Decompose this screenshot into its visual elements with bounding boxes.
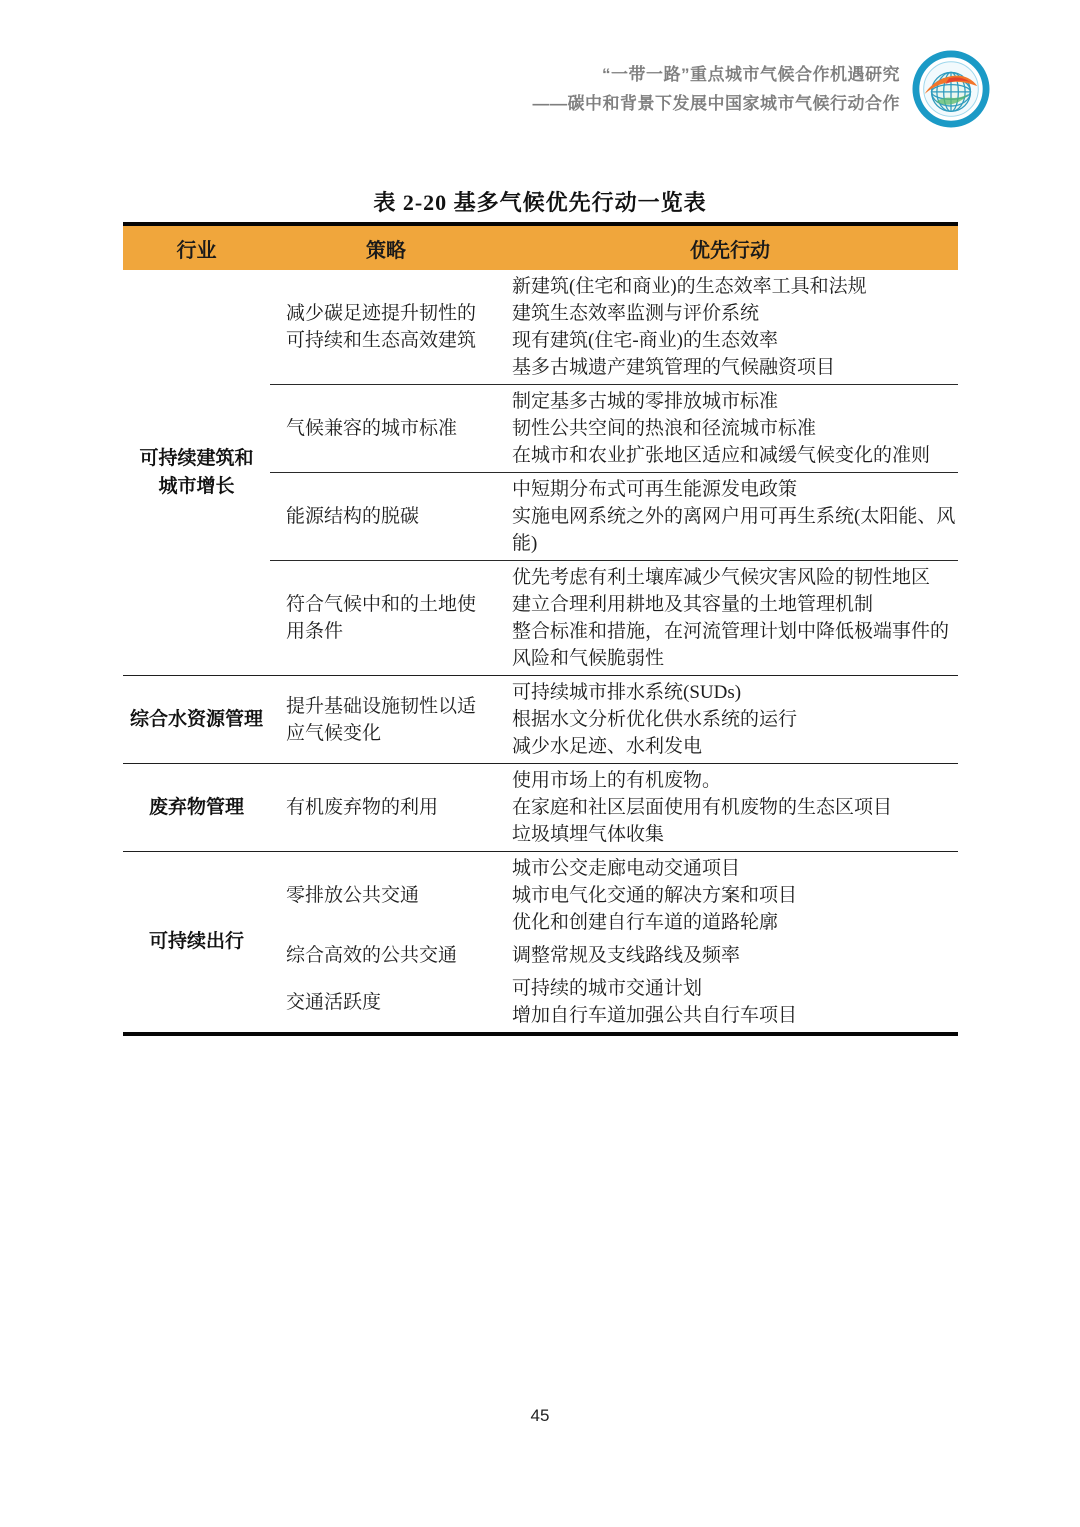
strategy-cell: 交通活跃度	[270, 975, 502, 1029]
table-section-mobility: 可持续出行 零排放公共交通 城市公交走廊电动交通项目 城市电气化交通的解决方案和…	[123, 851, 958, 1032]
action-item: 垃圾填埋气体收集	[512, 821, 956, 848]
actions-cell: 调整常规及支线路线及频率	[502, 942, 958, 969]
strategy-line: 气候兼容的城市标准	[286, 415, 496, 442]
action-item: 现有建筑(住宅-商业)的生态效率	[512, 327, 956, 354]
sector-cell: 可持续出行	[123, 852, 270, 1032]
table-row: 符合气候中和的土地使 用条件 优先考虑有利土壤库减少气候灾害风险的韧性地区 建立…	[270, 561, 958, 675]
strategy-line: 符合气候中和的土地使	[286, 591, 496, 618]
strategy-cell: 气候兼容的城市标准	[270, 388, 502, 469]
action-item: 实施电网系统之外的离网户用可再生系统(太阳能、风能)	[512, 503, 956, 557]
strategy-cell: 能源结构的脱碳	[270, 476, 502, 557]
strategy-cell: 减少碳足迹提升韧性的 可持续和生态高效建筑	[270, 273, 502, 381]
strategy-line: 能源结构的脱碳	[286, 503, 496, 530]
strategy-cell: 有机废弃物的利用	[270, 767, 502, 848]
actions-cell: 可持续的城市交通计划 增加自行车道加强公共自行车项目	[502, 975, 958, 1029]
table-section-waste: 废弃物管理 有机废弃物的利用 使用市场上的有机废物。 在家庭和社区层面使用有机废…	[123, 763, 958, 851]
action-item: 优化和创建自行车道的道路轮廓	[512, 909, 956, 936]
action-item: 可持续的城市交通计划	[512, 975, 956, 1002]
report-header-line-1: “一带一路”重点城市气候合作机遇研究	[533, 60, 901, 89]
strategy-line: 综合高效的公共交通	[286, 942, 496, 969]
strategy-cell: 综合高效的公共交通	[270, 942, 502, 969]
rows-group: 零排放公共交通 城市公交走廊电动交通项目 城市电气化交通的解决方案和项目 优化和…	[270, 852, 958, 1032]
action-item: 中短期分布式可再生能源发电政策	[512, 476, 956, 503]
sector-cell: 综合水资源管理	[123, 676, 270, 763]
strategy-cell: 零排放公共交通	[270, 855, 502, 936]
sector-cell: 废弃物管理	[123, 764, 270, 851]
action-item: 制定基多古城的零排放城市标准	[512, 388, 956, 415]
col-header-action: 优先行动	[502, 234, 958, 263]
col-header-sector: 行业	[123, 234, 270, 263]
table-section-buildings: 可持续建筑和 城市增长 减少碳足迹提升韧性的 可持续和生态高效建筑 新建筑(住宅…	[123, 270, 958, 675]
table-section-water: 综合水资源管理 提升基础设施韧性以适 应气候变化 可持续城市排水系统(SUDs)…	[123, 675, 958, 763]
strategy-line: 用条件	[286, 618, 496, 645]
rows-group: 有机废弃物的利用 使用市场上的有机废物。 在家庭和社区层面使用有机废物的生态区项…	[270, 764, 958, 851]
table-row: 零排放公共交通 城市公交走廊电动交通项目 城市电气化交通的解决方案和项目 优化和…	[270, 852, 958, 939]
strategy-line: 可持续和生态高效建筑	[286, 327, 496, 354]
action-item: 建立合理利用耕地及其容量的土地管理机制	[512, 591, 956, 618]
report-header-text: “一带一路”重点城市气候合作机遇研究 ——碳中和背景下发展中国家城市气候行动合作	[533, 60, 901, 118]
actions-cell: 使用市场上的有机废物。 在家庭和社区层面使用有机废物的生态区项目 垃圾填埋气体收…	[502, 767, 958, 848]
sector-label-line: 可持续建筑和	[139, 445, 253, 473]
strategy-cell: 提升基础设施韧性以适 应气候变化	[270, 679, 502, 760]
table-row: 气候兼容的城市标准 制定基多古城的零排放城市标准 韧性公共空间的热浪和径流城市标…	[270, 385, 958, 473]
table-row: 综合高效的公共交通 调整常规及支线路线及频率	[270, 939, 958, 972]
rows-group: 减少碳足迹提升韧性的 可持续和生态高效建筑 新建筑(住宅和商业)的生态效率工具和…	[270, 270, 958, 675]
action-item: 增加自行车道加强公共自行车项目	[512, 1002, 956, 1029]
strategy-line: 提升基础设施韧性以适	[286, 693, 496, 720]
action-item: 调整常规及支线路线及频率	[512, 942, 956, 969]
actions-cell: 可持续城市排水系统(SUDs) 根据水文分析优化供水系统的运行 减少水足迹、水利…	[502, 679, 958, 760]
sector-cell: 可持续建筑和 城市增长	[123, 270, 270, 675]
action-item: 优先考虑有利土壤库减少气候灾害风险的韧性地区	[512, 564, 956, 591]
table-row: 能源结构的脱碳 中短期分布式可再生能源发电政策 实施电网系统之外的离网户用可再生…	[270, 473, 958, 561]
globe-ribbon-logo-icon	[912, 48, 990, 130]
action-item: 城市电气化交通的解决方案和项目	[512, 882, 956, 909]
table-row: 交通活跃度 可持续的城市交通计划 增加自行车道加强公共自行车项目	[270, 972, 958, 1032]
actions-cell: 城市公交走廊电动交通项目 城市电气化交通的解决方案和项目 优化和创建自行车道的道…	[502, 855, 958, 936]
table-header-row: 行业 策略 优先行动	[123, 226, 958, 270]
action-item: 新建筑(住宅和商业)的生态效率工具和法规	[512, 273, 956, 300]
strategy-line: 交通活跃度	[286, 989, 496, 1016]
priority-actions-table: 行业 策略 优先行动 可持续建筑和 城市增长 减少碳足迹提升韧性的 可持续和生态…	[123, 222, 958, 1036]
table-row: 有机废弃物的利用 使用市场上的有机废物。 在家庭和社区层面使用有机废物的生态区项…	[270, 764, 958, 851]
action-item: 整合标准和措施，在河流管理计划中降低极端事件的风险和气候脆弱性	[512, 618, 956, 672]
action-item: 可持续城市排水系统(SUDs)	[512, 679, 956, 706]
strategy-line: 减少碳足迹提升韧性的	[286, 300, 496, 327]
rows-group: 提升基础设施韧性以适 应气候变化 可持续城市排水系统(SUDs) 根据水文分析优…	[270, 676, 958, 763]
strategy-cell: 符合气候中和的土地使 用条件	[270, 564, 502, 672]
sector-label-line: 综合水资源管理	[130, 706, 263, 734]
action-item: 城市公交走廊电动交通项目	[512, 855, 956, 882]
sector-label-line: 城市增长	[158, 473, 234, 501]
strategy-line: 零排放公共交通	[286, 882, 496, 909]
action-item: 根据水文分析优化供水系统的运行	[512, 706, 956, 733]
action-item: 在城市和农业扩张地区适应和减缓气候变化的准则	[512, 442, 956, 469]
table-title: 表 2-20 基多气候优先行动一览表	[0, 186, 1080, 217]
actions-cell: 中短期分布式可再生能源发电政策 实施电网系统之外的离网户用可再生系统(太阳能、风…	[502, 476, 958, 557]
actions-cell: 新建筑(住宅和商业)的生态效率工具和法规 建筑生态效率监测与评价系统 现有建筑(…	[502, 273, 958, 381]
report-header: “一带一路”重点城市气候合作机遇研究 ——碳中和背景下发展中国家城市气候行动合作	[533, 48, 991, 130]
table-row: 减少碳足迹提升韧性的 可持续和生态高效建筑 新建筑(住宅和商业)的生态效率工具和…	[270, 270, 958, 385]
action-item: 减少水足迹、水利发电	[512, 733, 956, 760]
strategy-line: 应气候变化	[286, 720, 496, 747]
action-item: 韧性公共空间的热浪和径流城市标准	[512, 415, 956, 442]
actions-cell: 制定基多古城的零排放城市标准 韧性公共空间的热浪和径流城市标准 在城市和农业扩张…	[502, 388, 958, 469]
action-item: 基多古城遗产建筑管理的气候融资项目	[512, 354, 956, 381]
col-header-strategy: 策略	[270, 234, 502, 263]
document-page: “一带一路”重点城市气候合作机遇研究 ——碳中和背景下发展中国家城市气候行动合作…	[0, 0, 1080, 1527]
actions-cell: 优先考虑有利土壤库减少气候灾害风险的韧性地区 建立合理利用耕地及其容量的土地管理…	[502, 564, 958, 672]
page-number: 45	[0, 1406, 1080, 1426]
report-header-line-2: ——碳中和背景下发展中国家城市气候行动合作	[533, 89, 901, 118]
action-item: 在家庭和社区层面使用有机废物的生态区项目	[512, 794, 956, 821]
table-row: 提升基础设施韧性以适 应气候变化 可持续城市排水系统(SUDs) 根据水文分析优…	[270, 676, 958, 763]
sector-label-line: 可持续出行	[149, 928, 244, 956]
sector-label-line: 废弃物管理	[149, 794, 244, 822]
strategy-line: 有机废弃物的利用	[286, 794, 496, 821]
action-item: 建筑生态效率监测与评价系统	[512, 300, 956, 327]
action-item: 使用市场上的有机废物。	[512, 767, 956, 794]
